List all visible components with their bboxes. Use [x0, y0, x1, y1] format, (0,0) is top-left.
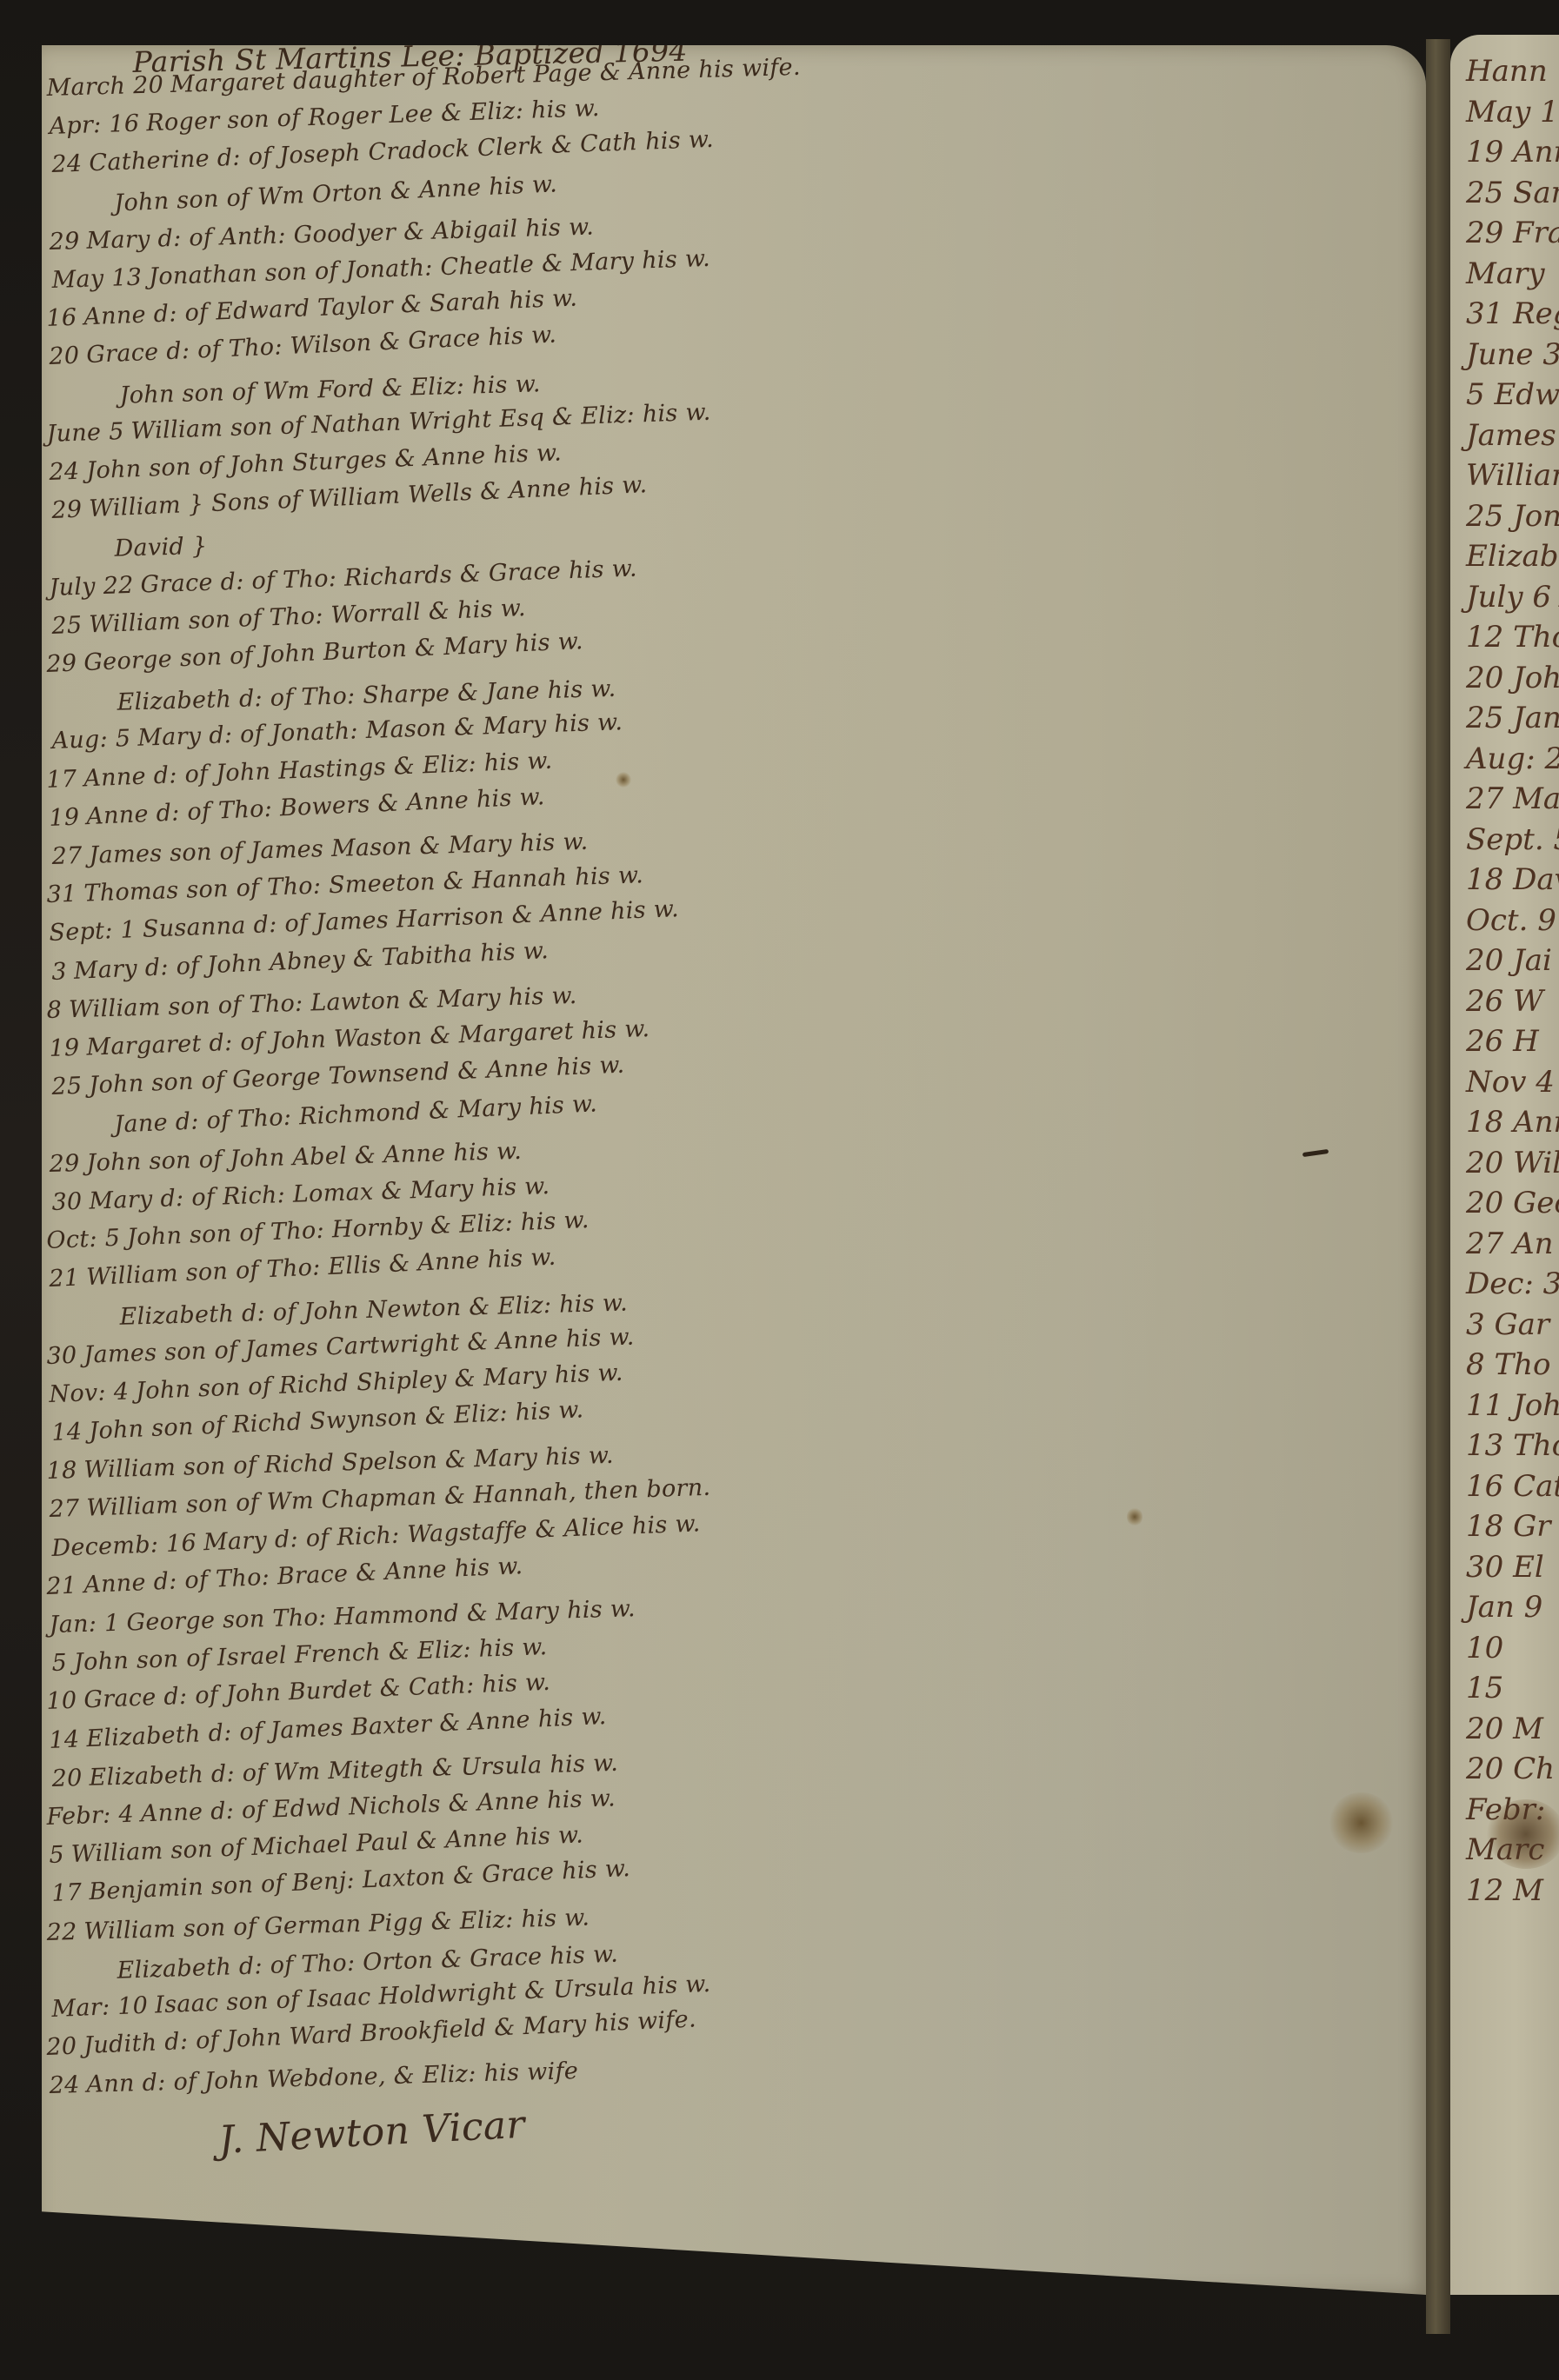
entry-date: March 20 [46, 73, 163, 100]
register-entry: 21Anne d: of Tho: Brace & Anne his w. [46, 1554, 523, 1599]
right-page-line: June 3 Ja [1466, 337, 1559, 372]
register-entry: Apr: 16Roger son of Roger Lee & Eliz: hi… [49, 96, 600, 138]
register-entry: 8William son of Tho: Lawton & Mary his w… [46, 984, 577, 1022]
entry-text: William son of Tho: Ellis & Anne his w. [86, 1244, 556, 1292]
register-entry: May 13Jonathan son of Jonath: Cheatle & … [51, 247, 710, 292]
entry-date: 16 [46, 306, 77, 330]
entry-date: 27 [51, 844, 83, 868]
right-page-line: May 13 [1466, 95, 1559, 130]
entry-date: Mar: 10 [51, 1994, 149, 2021]
right-page-fragment: HannMay 1319 Anne25 Sarah29 FrancMary31 … [1450, 35, 1559, 2295]
entry-date: 30 [51, 1190, 83, 1214]
right-page-line: 30 El [1466, 1550, 1544, 1585]
right-page-line: July 6 An [1466, 580, 1559, 615]
entry-date: 29 [46, 652, 77, 676]
right-page-line: 20 Geo [1466, 1186, 1559, 1220]
register-entry: 21William son of Tho: Ellis & Anne his w… [49, 1246, 556, 1291]
right-page-line: James [1466, 418, 1556, 453]
entry-date: Decemb: 16 [51, 1531, 197, 1559]
right-page-line: 18 Davi [1466, 862, 1559, 897]
right-page-line: 18 Gr [1466, 1509, 1550, 1544]
entry-text: Anne d: of Edwd Nichols & Anne his w. [140, 1785, 616, 1827]
entry-date: 20 [49, 344, 80, 369]
entry-date: 20 [51, 1766, 83, 1791]
right-page-line: 25 Jane [1466, 701, 1559, 735]
right-page-line: 16 Cat [1466, 1469, 1559, 1504]
right-page-line: 5 Edwar [1466, 377, 1559, 412]
entry-date: 25 [51, 1074, 83, 1099]
right-page-line: Hann [1466, 54, 1548, 89]
right-page-line: 27 Ma [1466, 781, 1559, 816]
right-page-line: 13 Tho [1466, 1428, 1559, 1463]
register-entry: John son of Wm Orton & Anne his w. [107, 172, 558, 216]
entry-text: Mary d: of John Abney & Tabitha his w. [73, 937, 549, 985]
register-entry: 22William son of German Pigg & Eliz: his… [46, 1905, 590, 1944]
right-page-line: 12 M [1466, 1873, 1543, 1908]
right-page-line: Oct. 9 [1466, 903, 1556, 938]
entry-text: Anne d: of Tho: Bowers & Anne his w. [86, 783, 546, 830]
entry-text: William son of German Pigg & Eliz: his w… [83, 1904, 590, 1945]
right-page-line: Jan 9 [1466, 1590, 1542, 1625]
entry-date: 22 [46, 1920, 77, 1945]
register-entry: 24Ann d: of John Webdone, & Eliz: his wi… [49, 2059, 578, 2097]
register-entry: 14John son of Richd Swynson & Eliz: his … [51, 1398, 584, 1445]
entry-date: 5 [51, 1652, 67, 1676]
entry-date: 21 [46, 1573, 77, 1598]
entry-text: Anne d: of Tho: Brace & Anne his w. [83, 1552, 523, 1599]
right-page-line: Aug: 27 [1466, 741, 1559, 776]
entry-text: Mary d: of Rich: Wagstaffe & Alice his w… [203, 1510, 701, 1556]
register-entry: 25William son of Tho: Worrall & his w. [51, 596, 526, 638]
right-page-line: 31 Regin [1466, 296, 1559, 331]
entry-date: Apr: 16 [49, 112, 140, 138]
entry-text: Susanna d: of James Harrison & Anne his … [142, 896, 679, 944]
register-entry: 27James son of James Mason & Mary his w. [51, 830, 589, 868]
entry-text: Mary d: of Anth: Goodyer & Abigail his w… [86, 213, 594, 254]
register-entry: Febr: 4Anne d: of Edwd Nichols & Anne hi… [46, 1786, 616, 1829]
entry-date: Jan: 1 [49, 1612, 120, 1637]
entry-text: Grace d: of Tho: Richards & Grace his w. [140, 555, 637, 598]
register-entry: 5John son of Israel French & Eliz: his w… [51, 1635, 548, 1675]
register-entry: July 22Grace d: of Tho: Richards & Grace… [49, 556, 637, 599]
entry-date: 24 [49, 2073, 80, 2097]
register-entry: Jane d: of Tho: Richmond & Mary his w. [107, 1093, 598, 1138]
right-page-line: Nov 4 [1466, 1065, 1555, 1100]
right-page-line: 20 John [1466, 661, 1559, 695]
right-page-line: 20 M [1466, 1712, 1543, 1746]
register-entry: 30Mary d: of Rich: Lomax & Mary his w. [51, 1174, 550, 1214]
right-page-line: 8 Tho [1466, 1347, 1550, 1382]
right-page-line: 26 H [1466, 1024, 1539, 1059]
register-entry: 29John son of John Abel & Anne his w. [49, 1139, 522, 1175]
entry-text: Mary d: of Jonath: Mason & Mary his w. [137, 709, 623, 752]
right-page-line: Dec: 3 [1466, 1266, 1559, 1301]
entry-text: Grace d: of John Burdet & Cath: his w. [83, 1669, 551, 1714]
right-page-line: 3 Gar [1466, 1307, 1549, 1342]
entry-date: 5 [49, 1844, 65, 1868]
right-page-line: 25 Jonath [1466, 499, 1559, 534]
entry-date: 29 [51, 498, 83, 522]
entry-text: David } [114, 533, 208, 562]
entry-text: James son of James Mason & Mary his w. [89, 828, 589, 869]
right-page-line: 10 [1466, 1631, 1503, 1665]
book-gutter [1426, 39, 1450, 2334]
right-page-line: 26 W [1466, 984, 1543, 1019]
entry-date: 24 [49, 460, 80, 484]
entry-date: 8 [46, 998, 62, 1021]
entry-date: 29 [49, 1152, 80, 1176]
right-page-line: 25 Sarah [1466, 176, 1559, 210]
register-entry: 3Mary d: of John Abney & Tabitha his w. [51, 939, 550, 984]
entry-text: Grace d: of Tho: Wilson & Grace his w. [86, 322, 557, 369]
right-page-line: 29 Franc [1466, 216, 1559, 250]
register-entry: 17Anne d: of John Hastings & Eliz: his w… [46, 748, 553, 791]
entry-text: Elizabeth d: of John Newton & Eliz: his … [119, 1290, 628, 1331]
entry-date: Nov: 4 [49, 1379, 130, 1406]
register-entry: David } [107, 535, 207, 561]
entry-date: May 13 [51, 266, 143, 292]
entry-date: 25 [51, 613, 83, 637]
entry-date: June 5 [46, 420, 124, 446]
entry-date: 30 [46, 1343, 77, 1367]
entry-text: Roger son of Roger Lee & Eliz: his w. [146, 95, 600, 136]
entry-date: 29 [49, 229, 80, 254]
entry-date: 10 [46, 1689, 77, 1713]
register-entry: 20Elizabeth d: of Wm Mitegth & Ursula hi… [51, 1752, 618, 1791]
entry-date: 17 [46, 767, 77, 791]
entry-text: Jane d: of Tho: Richmond & Mary his w. [114, 1091, 598, 1139]
register-entry: 18William son of Richd Spelson & Mary hi… [46, 1444, 614, 1483]
entry-date: 20 [46, 2035, 77, 2059]
entry-text: John son of Wm Orton & Anne his w. [114, 170, 558, 216]
entry-text: John son of John Abel & Anne his w. [86, 1137, 522, 1176]
right-page-line: 11 Joh [1466, 1388, 1559, 1423]
register-entry: Aug: 5Mary d: of Jonath: Mason & Mary hi… [51, 711, 623, 754]
right-page-line: Mary [1466, 256, 1545, 291]
register-entry: 29Mary d: of Anth: Goodyer & Abigail his… [49, 215, 594, 253]
right-page-line: 20 Jai [1466, 943, 1552, 978]
entry-date: Febr: 4 [46, 1803, 134, 1829]
entry-text: George son Tho: Hammond & Mary his w. [126, 1595, 636, 1636]
right-page-line: 12 Thom [1466, 620, 1559, 655]
right-page-line: 20 Will [1466, 1146, 1559, 1180]
register-entry: John son of Wm Ford & Eliz: his w. [112, 372, 541, 408]
entry-date: 14 [49, 1727, 80, 1752]
left-page: Parish St Martins Lee: Baptized 1694 Mar… [42, 45, 1426, 2295]
entry-date: Aug: 5 [51, 727, 131, 753]
entry-date: 3 [51, 960, 68, 984]
entry-date: Sept: 1 [49, 919, 137, 946]
entry-text: Mary d: of Rich: Lomax & Mary his w. [89, 1173, 550, 1215]
entry-date: 17 [51, 1881, 83, 1905]
right-page-line: 27 An [1466, 1227, 1554, 1261]
entry-date: 14 [51, 1420, 83, 1445]
register-entry: Elizabeth d: of Tho: Sharpe & Jane his w… [110, 677, 616, 715]
entry-date: 19 [49, 805, 80, 829]
right-page-line: Marc [1466, 1832, 1544, 1867]
right-page-line: William [1466, 458, 1559, 493]
entry-date: July 22 [49, 573, 134, 599]
entry-text: Jonathan son of Jonath: Cheatle & Mary h… [149, 245, 711, 290]
right-page-line: 20 Ch [1466, 1752, 1555, 1786]
entry-date: 24 [51, 152, 83, 176]
entry-date: 18 [46, 1459, 77, 1483]
right-page-line: 15 [1466, 1671, 1503, 1705]
entry-text: Elizabeth d: of Wm Mitegth & Ursula his … [89, 1750, 618, 1792]
entry-date: 27 [49, 1497, 80, 1521]
entry-text: William son of Richd Spelson & Mary his … [83, 1442, 614, 1484]
register-entry: Jan: 1George son Tho: Hammond & Mary his… [49, 1597, 636, 1637]
entry-text: Ann d: of John Webdone, & Eliz: his wife [86, 2058, 578, 2098]
right-page-line: Febr: [1466, 1792, 1545, 1827]
entry-date: 19 [49, 1036, 80, 1060]
entry-text: Anne d: of John Hastings & Eliz: his w. [83, 747, 553, 792]
entry-text: Elizabeth d: of Tho: Sharpe & Jane his w… [117, 675, 616, 716]
entry-text: John son of Israel French & Eliz: his w. [74, 1633, 548, 1676]
entry-date: 21 [49, 1266, 80, 1291]
register-entry: 20Grace d: of Tho: Wilson & Grace his w. [49, 323, 557, 369]
right-page-line: Sept. 5 [1466, 822, 1559, 857]
right-page-line: 18 Ann [1466, 1105, 1559, 1140]
entry-text: John son of Wm Ford & Eliz: his w. [119, 370, 541, 409]
register-entry: 10Grace d: of John Burdet & Cath: his w. [46, 1671, 551, 1713]
entry-text: William son of Tho: Lawton & Mary his w. [69, 982, 577, 1023]
register-entry: Elizabeth d: of John Newton & Eliz: his … [112, 1292, 628, 1330]
entry-text: William son of Tho: Worrall & his w. [89, 595, 526, 638]
right-page-line: 19 Anne [1466, 135, 1559, 170]
entry-date: 31 [46, 882, 77, 907]
right-page-line: Elizab [1466, 539, 1559, 574]
register-entry: 19Anne d: of Tho: Bowers & Anne his w. [49, 785, 545, 830]
register-entries: Parish St Martins Lee: Baptized 1694 Mar… [42, 45, 1426, 2295]
entry-date: Oct: 5 [46, 1227, 121, 1253]
